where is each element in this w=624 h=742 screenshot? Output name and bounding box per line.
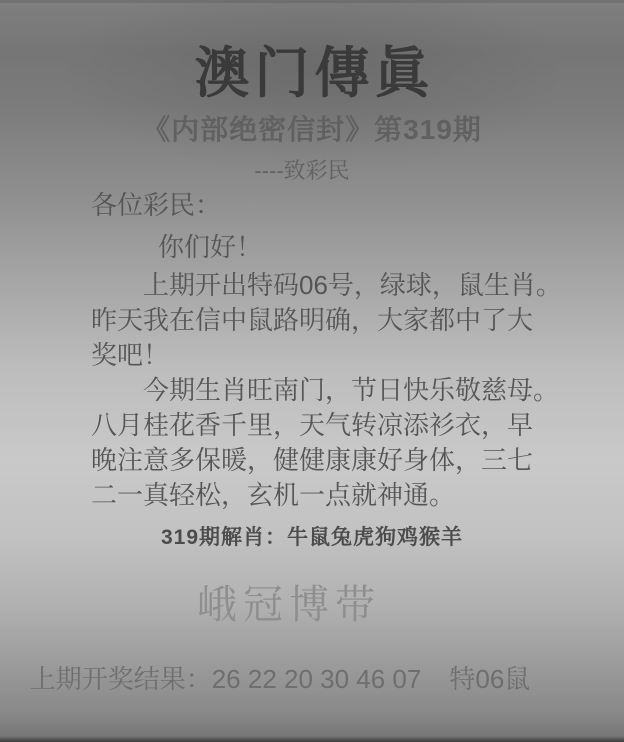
idiom-text: 峨冠博带: [0, 582, 624, 628]
results-label: 上期开奖结果：: [30, 664, 212, 694]
letter-line: 八月桂花香千里，天气转凉添衫衣，早: [91, 408, 551, 443]
results-numbers: 26 22 20 30 46 07: [212, 664, 422, 694]
letter-line: 奖吧！: [91, 338, 551, 373]
jiexiao-line: 319期解肖：牛鼠兔虎狗鸡猴羊: [0, 524, 624, 552]
issue-line: 《内部绝密信封》第319期: [0, 111, 624, 149]
dedication-line: ----致彩民: [0, 157, 624, 185]
letter-body: 各位彩民： 你们好！ 上期开出特码06号，绿球，鼠生肖。 昨天我在信中鼠路明确，…: [91, 188, 551, 513]
letter-line: 二一真轻松，玄机一点就神通。: [91, 478, 551, 513]
letter-line: 今期生肖旺南门，节日快乐敬慈母。: [91, 373, 551, 408]
greeting: 你们好！: [91, 230, 551, 265]
results-line: 上期开奖结果：26 22 20 30 46 07特06鼠: [0, 663, 624, 695]
letter-line: 昨天我在信中鼠路明确，大家都中了大: [91, 303, 551, 338]
letter-line: 上期开出特码06号，绿球，鼠生肖。: [91, 268, 551, 303]
letter-line: 晚注意多保暖，健健康康好身体，三七: [91, 443, 551, 478]
salutation: 各位彩民：: [91, 188, 551, 223]
results-special: 特06鼠: [449, 664, 530, 694]
fax-sheet: 澳门傳眞 《内部绝密信封》第319期 ----致彩民 各位彩民： 你们好！ 上期…: [0, 0, 624, 742]
page-title: 澳门傳眞: [0, 38, 624, 108]
